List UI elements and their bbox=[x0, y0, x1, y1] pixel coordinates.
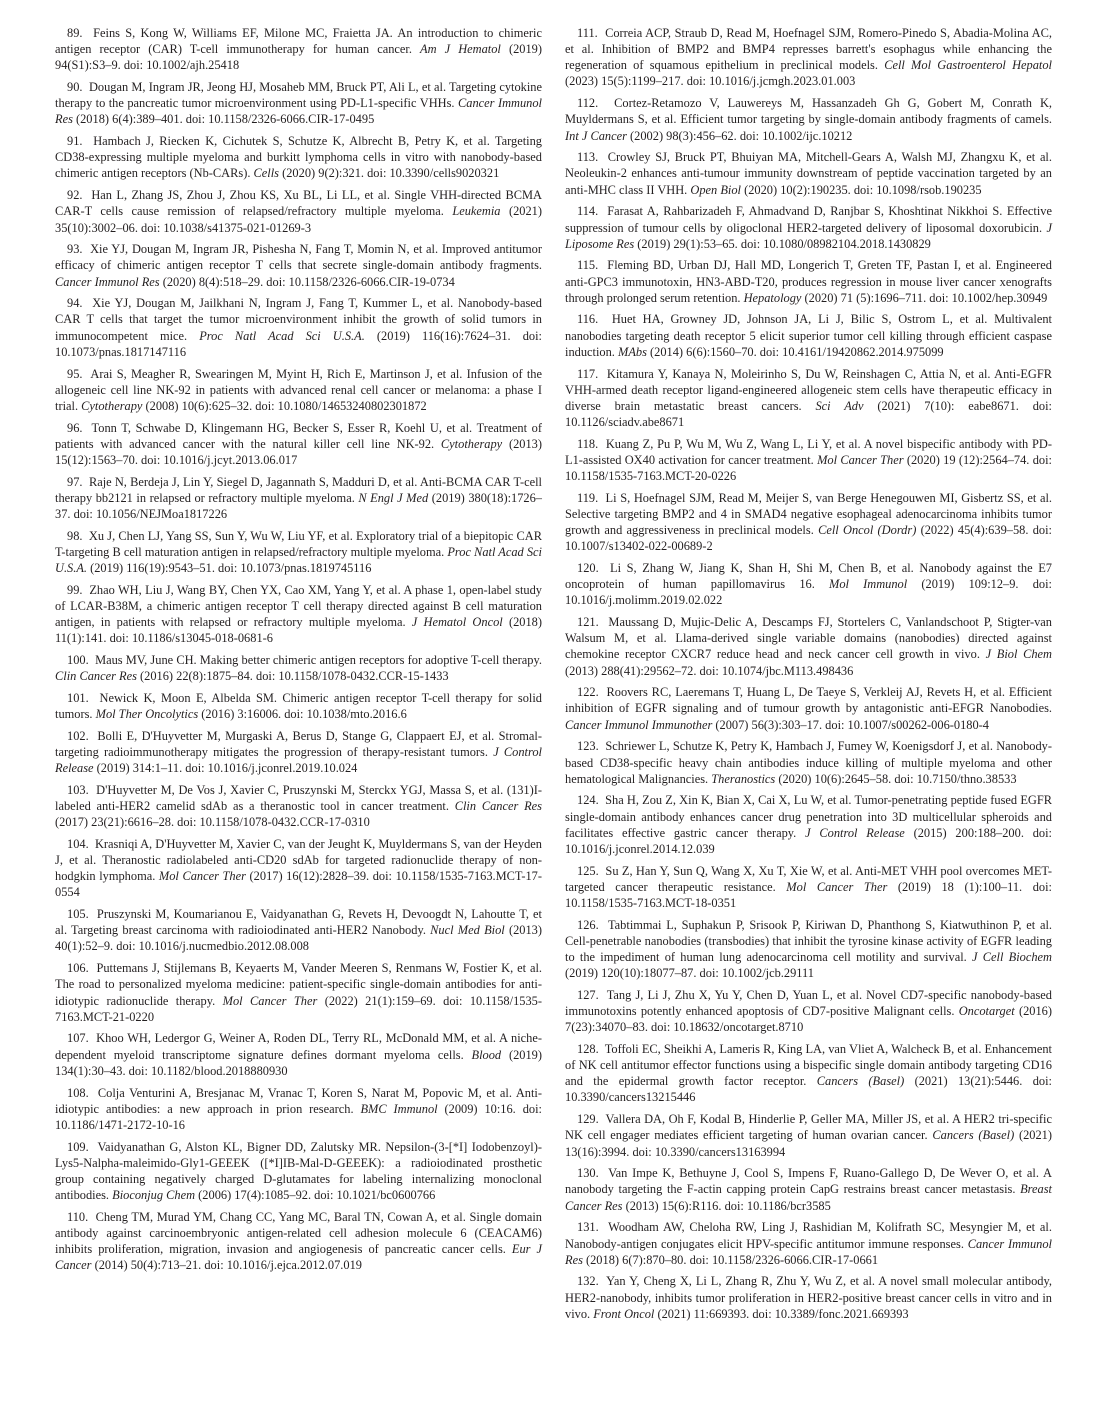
reference-item: 114. Farasat A, Rahbarizadeh F, Ahmadvan… bbox=[565, 203, 1052, 251]
reference-item: 92. Han L, Zhang JS, Zhou J, Zhou KS, Xu… bbox=[55, 187, 542, 235]
reference-authors-title: Cheng TM, Murad YM, Chang CC, Yang MC, B… bbox=[55, 1210, 542, 1256]
reference-number: 90. bbox=[67, 80, 83, 94]
reference-item: 100. Maus MV, June CH. Making better chi… bbox=[55, 652, 542, 684]
reference-number: 95. bbox=[67, 367, 83, 381]
journal-name: Cancers (Basel) bbox=[817, 1074, 904, 1088]
reference-item: 117. Kitamura Y, Kanaya N, Moleirinho S,… bbox=[565, 366, 1052, 431]
journal-name: Cancer Immunol Res bbox=[55, 275, 160, 289]
reference-number: 115. bbox=[577, 258, 598, 272]
reference-item: 104. Krasniqi A, D'Huyvetter M, Xavier C… bbox=[55, 836, 542, 901]
reference-number: 99. bbox=[67, 583, 83, 597]
journal-name: Cytotherapy bbox=[81, 399, 142, 413]
reference-number: 118. bbox=[577, 437, 598, 451]
reference-citation-details: (2017) 23(21):6616–28. doi: 10.1158/1078… bbox=[55, 815, 370, 829]
reference-item: 91. Hambach J, Riecken K, Cichutek S, Sc… bbox=[55, 133, 542, 181]
reference-authors-title: Khoo WH, Ledergor G, Weiner A, Roden DL,… bbox=[55, 1031, 542, 1061]
reference-number: 122. bbox=[577, 685, 599, 699]
journal-name: J Biol Chem bbox=[986, 647, 1052, 661]
reference-authors-title: Roovers RC, Laeremans T, Huang L, De Tae… bbox=[565, 685, 1052, 715]
reference-number: 100. bbox=[67, 653, 89, 667]
reference-number: 128. bbox=[577, 1042, 599, 1056]
reference-number: 132. bbox=[577, 1274, 599, 1288]
reference-citation-details: (2021) 11:669393. doi: 10.3389/fonc.2021… bbox=[654, 1307, 908, 1321]
reference-citation-details: (2014) 6(6):1560–70. doi: 10.4161/194208… bbox=[647, 345, 944, 359]
reference-number: 113. bbox=[577, 150, 598, 164]
journal-name: Cytotherapy bbox=[441, 437, 502, 451]
reference-item: 102. Bolli E, D'Huyvetter M, Murgaski A,… bbox=[55, 728, 542, 776]
reference-citation-details: (2013) 288(41):29562–72. doi: 10.1074/jb… bbox=[565, 664, 853, 678]
journal-name: Cell Mol Gastroenterol Hepatol bbox=[884, 58, 1052, 72]
reference-item: 105. Pruszynski M, Koumarianou E, Vaidya… bbox=[55, 906, 542, 954]
reference-item: 115. Fleming BD, Urban DJ, Hall MD, Long… bbox=[565, 257, 1052, 305]
journal-name: Clin Cancer Res bbox=[455, 799, 542, 813]
reference-citation-details: (2018) 6(4):389–401. doi: 10.1158/2326-6… bbox=[73, 112, 374, 126]
reference-page: 89. Feins S, Kong W, Williams EF, Milone… bbox=[0, 0, 1100, 1422]
reference-citation-details: (2008) 10(6):625–32. doi: 10.1080/146532… bbox=[142, 399, 426, 413]
reference-item: 96. Tonn T, Schwabe D, Klingemann HG, Be… bbox=[55, 420, 542, 468]
reference-item: 127. Tang J, Li J, Zhu X, Yu Y, Chen D, … bbox=[565, 987, 1052, 1035]
reference-item: 90. Dougan M, Ingram JR, Jeong HJ, Mosah… bbox=[55, 79, 542, 127]
reference-number: 127. bbox=[577, 988, 599, 1002]
reference-authors-title: Maus MV, June CH. Making better chimeric… bbox=[95, 653, 542, 667]
reference-item: 118. Kuang Z, Pu P, Wu M, Wu Z, Wang L, … bbox=[565, 436, 1052, 484]
journal-name: Sci Adv bbox=[815, 399, 863, 413]
reference-item: 120. Li S, Zhang W, Jiang K, Shan H, Shi… bbox=[565, 560, 1052, 608]
reference-number: 125. bbox=[577, 864, 599, 878]
reference-item: 112. Cortez-Retamozo V, Lauwereys M, Has… bbox=[565, 95, 1052, 143]
reference-number: 108. bbox=[67, 1086, 89, 1100]
reference-number: 121. bbox=[577, 615, 599, 629]
reference-number: 107. bbox=[67, 1031, 89, 1045]
reference-authors-title: Maussang D, Mujic-Delic A, Descamps FJ, … bbox=[565, 615, 1052, 661]
journal-name: Cancers (Basel) bbox=[932, 1128, 1014, 1142]
reference-number: 129. bbox=[577, 1112, 599, 1126]
journal-name: Blood bbox=[472, 1048, 502, 1062]
reference-number: 93. bbox=[67, 242, 83, 256]
reference-item: 121. Maussang D, Mujic-Delic A, Descamps… bbox=[565, 614, 1052, 679]
reference-citation-details: (2014) 50(4):713–21. doi: 10.1016/j.ejca… bbox=[91, 1258, 362, 1272]
reference-number: 102. bbox=[67, 729, 89, 743]
reference-authors-title: Van Impe K, Bethuyne J, Cool S, Impens F… bbox=[565, 1166, 1052, 1196]
journal-name: Cells bbox=[254, 166, 279, 180]
reference-number: 112. bbox=[577, 96, 598, 110]
reference-citation-details: (2020) 10(2):190235. doi: 10.1098/rsob.1… bbox=[741, 183, 982, 197]
journal-name: Proc Natl Acad Sci U.S.A. bbox=[199, 329, 365, 343]
reference-authors-title: Bolli E, D'Huyvetter M, Murgaski A, Beru… bbox=[55, 729, 542, 759]
journal-name: BMC Immunol bbox=[360, 1102, 437, 1116]
reference-number: 101. bbox=[67, 691, 89, 705]
journal-name: J Control Release bbox=[805, 826, 905, 840]
journal-name: Open Biol bbox=[690, 183, 741, 197]
journal-name: Hepatology bbox=[744, 291, 802, 305]
reference-item: 109. Vaidyanathan G, Alston KL, Bigner D… bbox=[55, 1139, 542, 1204]
reference-citation-details: (2020) 8(4):518–29. doi: 10.1158/2326-60… bbox=[160, 275, 455, 289]
reference-number: 92. bbox=[67, 188, 83, 202]
reference-number: 126. bbox=[577, 918, 599, 932]
reference-number: 111. bbox=[577, 26, 598, 40]
reference-citation-details: (2016) 3:16006. doi: 10.1038/mto.2016.6 bbox=[198, 707, 407, 721]
reference-item: 126. Tabtimmai L, Suphakun P, Srisook P,… bbox=[565, 917, 1052, 982]
reference-citation-details: (2016) 22(8):1875–84. doi: 10.1158/1078-… bbox=[137, 669, 449, 683]
reference-number: 114. bbox=[577, 204, 598, 218]
journal-name: Theranostics bbox=[711, 772, 775, 786]
reference-citation-details: (2019) 116(19):9543–51. doi: 10.1073/pna… bbox=[87, 561, 371, 575]
reference-number: 117. bbox=[577, 367, 598, 381]
reference-number: 124. bbox=[577, 793, 599, 807]
journal-name: J Cell Biochem bbox=[972, 950, 1052, 964]
reference-citation-details: (2007) 56(3):303–17. doi: 10.1007/s00262… bbox=[712, 718, 989, 732]
reference-citation-details: (2019) 120(10):18077–87. doi: 10.1002/jc… bbox=[565, 966, 814, 980]
journal-name: Int J Cancer bbox=[565, 129, 627, 143]
reference-number: 123. bbox=[577, 739, 599, 753]
reference-item: 107. Khoo WH, Ledergor G, Weiner A, Rode… bbox=[55, 1030, 542, 1078]
reference-number: 89. bbox=[67, 26, 83, 40]
reference-number: 94. bbox=[67, 296, 83, 310]
reference-number: 116. bbox=[577, 312, 598, 326]
reference-item: 124. Sha H, Zou Z, Xin K, Bian X, Cai X,… bbox=[565, 792, 1052, 857]
journal-name: MAbs bbox=[618, 345, 647, 359]
reference-item: 125. Su Z, Han Y, Sun Q, Wang X, Xu T, X… bbox=[565, 863, 1052, 911]
reference-number: 130. bbox=[577, 1166, 599, 1180]
reference-item: 106. Puttemans J, Stijlemans B, Keyaerts… bbox=[55, 960, 542, 1025]
reference-item: 119. Li S, Hoefnagel SJM, Read M, Meijer… bbox=[565, 490, 1052, 555]
journal-name: Bioconjug Chem bbox=[112, 1188, 195, 1202]
reference-number: 109. bbox=[67, 1140, 89, 1154]
reference-item: 110. Cheng TM, Murad YM, Chang CC, Yang … bbox=[55, 1209, 542, 1274]
reference-number: 119. bbox=[577, 491, 598, 505]
journal-name: N Engl J Med bbox=[358, 491, 428, 505]
reference-authors-title: Xie YJ, Dougan M, Ingram JR, Pishesha N,… bbox=[55, 242, 542, 272]
reference-citation-details: (2013) 15(6):R116. doi: 10.1186/bcr3585 bbox=[622, 1199, 830, 1213]
journal-name: Mol Ther Oncolytics bbox=[96, 707, 199, 721]
reference-number: 120. bbox=[577, 561, 599, 575]
reference-item: 93. Xie YJ, Dougan M, Ingram JR, Pishesh… bbox=[55, 241, 542, 289]
reference-item: 129. Vallera DA, Oh F, Kodal B, Hinderli… bbox=[565, 1111, 1052, 1159]
journal-name: Leukemia bbox=[452, 204, 500, 218]
reference-item: 108. Colja Venturini A, Bresjanac M, Vra… bbox=[55, 1085, 542, 1133]
journal-name: Oncotarget bbox=[959, 1004, 1015, 1018]
reference-number: 96. bbox=[67, 421, 83, 435]
reference-number: 106. bbox=[67, 961, 89, 975]
reference-item: 94. Xie YJ, Dougan M, Jailkhani N, Ingra… bbox=[55, 295, 542, 360]
reference-authors-title: Farasat A, Rahbarizadeh F, Ahmadvand D, … bbox=[565, 204, 1052, 234]
reference-citation-details: (2020) 10(6):2645–58. doi: 10.7150/thno.… bbox=[775, 772, 1016, 786]
reference-citation-details: (2018) 6(7):870–80. doi: 10.1158/2326-60… bbox=[583, 1253, 878, 1267]
reference-number: 91. bbox=[67, 134, 83, 148]
reference-number: 110. bbox=[67, 1210, 88, 1224]
reference-column-left: 89. Feins S, Kong W, Williams EF, Milone… bbox=[55, 25, 542, 1279]
reference-item: 95. Arai S, Meagher R, Swearingen M, Myi… bbox=[55, 366, 542, 414]
journal-name: J Hematol Oncol bbox=[412, 615, 503, 629]
reference-citation-details: (2023) 15(5):1199–217. doi: 10.1016/j.jc… bbox=[565, 74, 855, 88]
journal-name: Clin Cancer Res bbox=[55, 669, 137, 683]
reference-number: 103. bbox=[67, 783, 89, 797]
journal-name: Mol Cancer Ther bbox=[159, 869, 246, 883]
reference-citation-details: (2020) 71 (5):1696–711. doi: 10.1002/hep… bbox=[801, 291, 1047, 305]
reference-citation-details: (2019) 314:1–11. doi: 10.1016/j.jconrel.… bbox=[94, 761, 358, 775]
reference-citation-details: (2002) 98(3):456–62. doi: 10.1002/ijc.10… bbox=[627, 129, 852, 143]
reference-column-right: 111. Correia ACP, Straub D, Read M, Hoef… bbox=[565, 25, 1052, 1327]
journal-name: Cancer Immunol Immunother bbox=[565, 718, 712, 732]
reference-item: 97. Raje N, Berdeja J, Lin Y, Siegel D, … bbox=[55, 474, 542, 522]
reference-number: 97. bbox=[67, 475, 83, 489]
reference-citation-details: (2019) 29(1):53–65. doi: 10.1080/0898210… bbox=[634, 237, 931, 251]
reference-authors-title: Cortez-Retamozo V, Lauwereys M, Hassanza… bbox=[565, 96, 1052, 126]
reference-item: 101. Newick K, Moon E, Albelda SM. Chime… bbox=[55, 690, 542, 722]
reference-item: 98. Xu J, Chen LJ, Yang SS, Sun Y, Wu W,… bbox=[55, 528, 542, 576]
reference-item: 123. Schriewer L, Schutze K, Petry K, Ha… bbox=[565, 738, 1052, 786]
reference-item: 132. Yan Y, Cheng X, Li L, Zhang R, Zhu … bbox=[565, 1273, 1052, 1321]
reference-item: 131. Woodham AW, Cheloha RW, Ling J, Ras… bbox=[565, 1219, 1052, 1267]
reference-item: 122. Roovers RC, Laeremans T, Huang L, D… bbox=[565, 684, 1052, 732]
reference-item: 89. Feins S, Kong W, Williams EF, Milone… bbox=[55, 25, 542, 73]
journal-name: Nucl Med Biol bbox=[430, 923, 505, 937]
journal-name: Mol Cancer Ther bbox=[223, 994, 318, 1008]
reference-item: 113. Crowley SJ, Bruck PT, Bhuiyan MA, M… bbox=[565, 149, 1052, 197]
reference-citation-details: (2020) 9(2):321. doi: 10.3390/cells90203… bbox=[279, 166, 499, 180]
reference-number: 98. bbox=[67, 529, 83, 543]
reference-item: 99. Zhao WH, Liu J, Wang BY, Chen YX, Ca… bbox=[55, 582, 542, 647]
reference-item: 130. Van Impe K, Bethuyne J, Cool S, Imp… bbox=[565, 1165, 1052, 1213]
reference-number: 104. bbox=[67, 837, 89, 851]
reference-citation-details: (2006) 17(4):1085–92. doi: 10.1021/bc060… bbox=[195, 1188, 435, 1202]
reference-item: 111. Correia ACP, Straub D, Read M, Hoef… bbox=[565, 25, 1052, 90]
reference-item: 103. D'Huyvetter M, De Vos J, Xavier C, … bbox=[55, 782, 542, 830]
journal-name: Mol Cancer Ther bbox=[817, 453, 903, 467]
reference-item: 128. Toffoli EC, Sheikhi A, Lameris R, K… bbox=[565, 1041, 1052, 1106]
reference-item: 116. Huet HA, Growney JD, Johnson JA, Li… bbox=[565, 311, 1052, 359]
journal-name: Mol Cancer Ther bbox=[786, 880, 887, 894]
journal-name: Mol Immunol bbox=[829, 577, 907, 591]
reference-number: 105. bbox=[67, 907, 89, 921]
journal-name: Cell Oncol (Dordr) bbox=[818, 523, 916, 537]
journal-name: Am J Hematol bbox=[420, 42, 501, 56]
journal-name: Front Oncol bbox=[593, 1307, 654, 1321]
reference-number: 131. bbox=[577, 1220, 599, 1234]
